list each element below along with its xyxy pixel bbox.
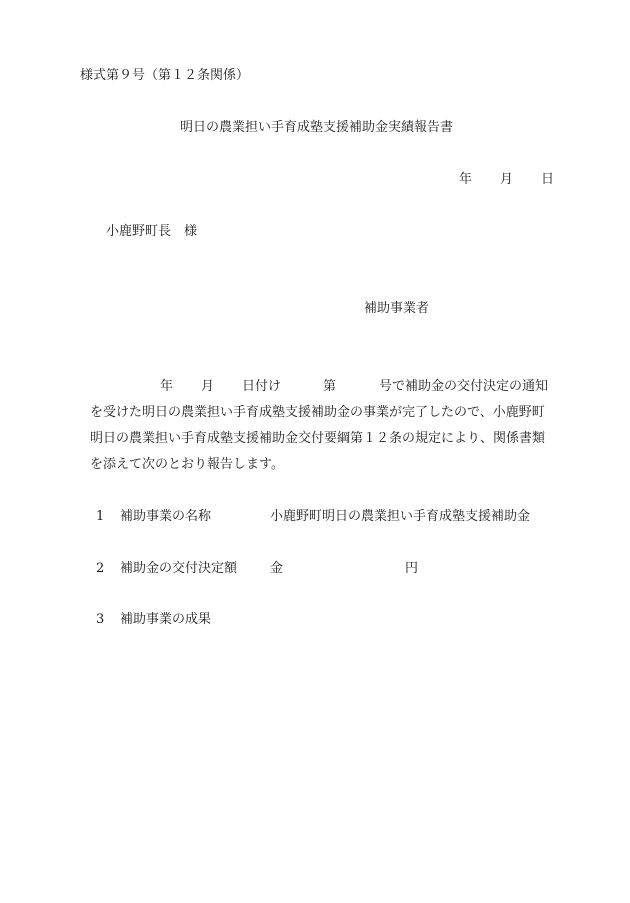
form-number: 様式第９号（第１２条関係） xyxy=(80,68,249,84)
date-year-label: 年 xyxy=(459,172,472,188)
body-day-suffix: 日付け xyxy=(242,379,281,395)
document-title: 明日の農業担い手育成塾支援補助金実績報告書 xyxy=(180,120,453,136)
applicant-label: 補助事業者 xyxy=(364,301,429,317)
item-label: 補助事業の名称 xyxy=(120,509,211,525)
item-label: 補助金の交付決定額 xyxy=(120,561,237,577)
body-line-2: を受けた明日の農業担い手育成塾支援補助金の事業が完了したので、小鹿野町 xyxy=(90,405,545,421)
date-month-label: 月 xyxy=(500,172,513,188)
item-number: 1 xyxy=(96,509,104,525)
item-label: 補助事業の成果 xyxy=(120,612,211,628)
date-day-label: 日 xyxy=(541,172,554,188)
body-year-label: 年 xyxy=(160,379,173,395)
body-line1-rest: 号で補助金の交付決定の通知 xyxy=(379,379,548,395)
body-month-label: 月 xyxy=(201,379,214,395)
body-dai-label: 第 xyxy=(323,379,336,395)
item-number: 3 xyxy=(96,612,104,628)
body-line-3: 明日の農業担い手育成塾支援補助金交付要綱第１２条の規定により、関係書類 xyxy=(90,431,545,447)
amount-suffix: 円 xyxy=(405,561,418,577)
amount-prefix: 金 xyxy=(270,561,283,577)
addressee: 小鹿野町長 様 xyxy=(106,224,197,240)
item-value: 小鹿野町明日の農業担い手育成塾支援補助金 xyxy=(270,509,530,525)
item-number: 2 xyxy=(96,561,104,577)
body-line-4: を添えて次のとおり報告します。 xyxy=(90,457,284,473)
